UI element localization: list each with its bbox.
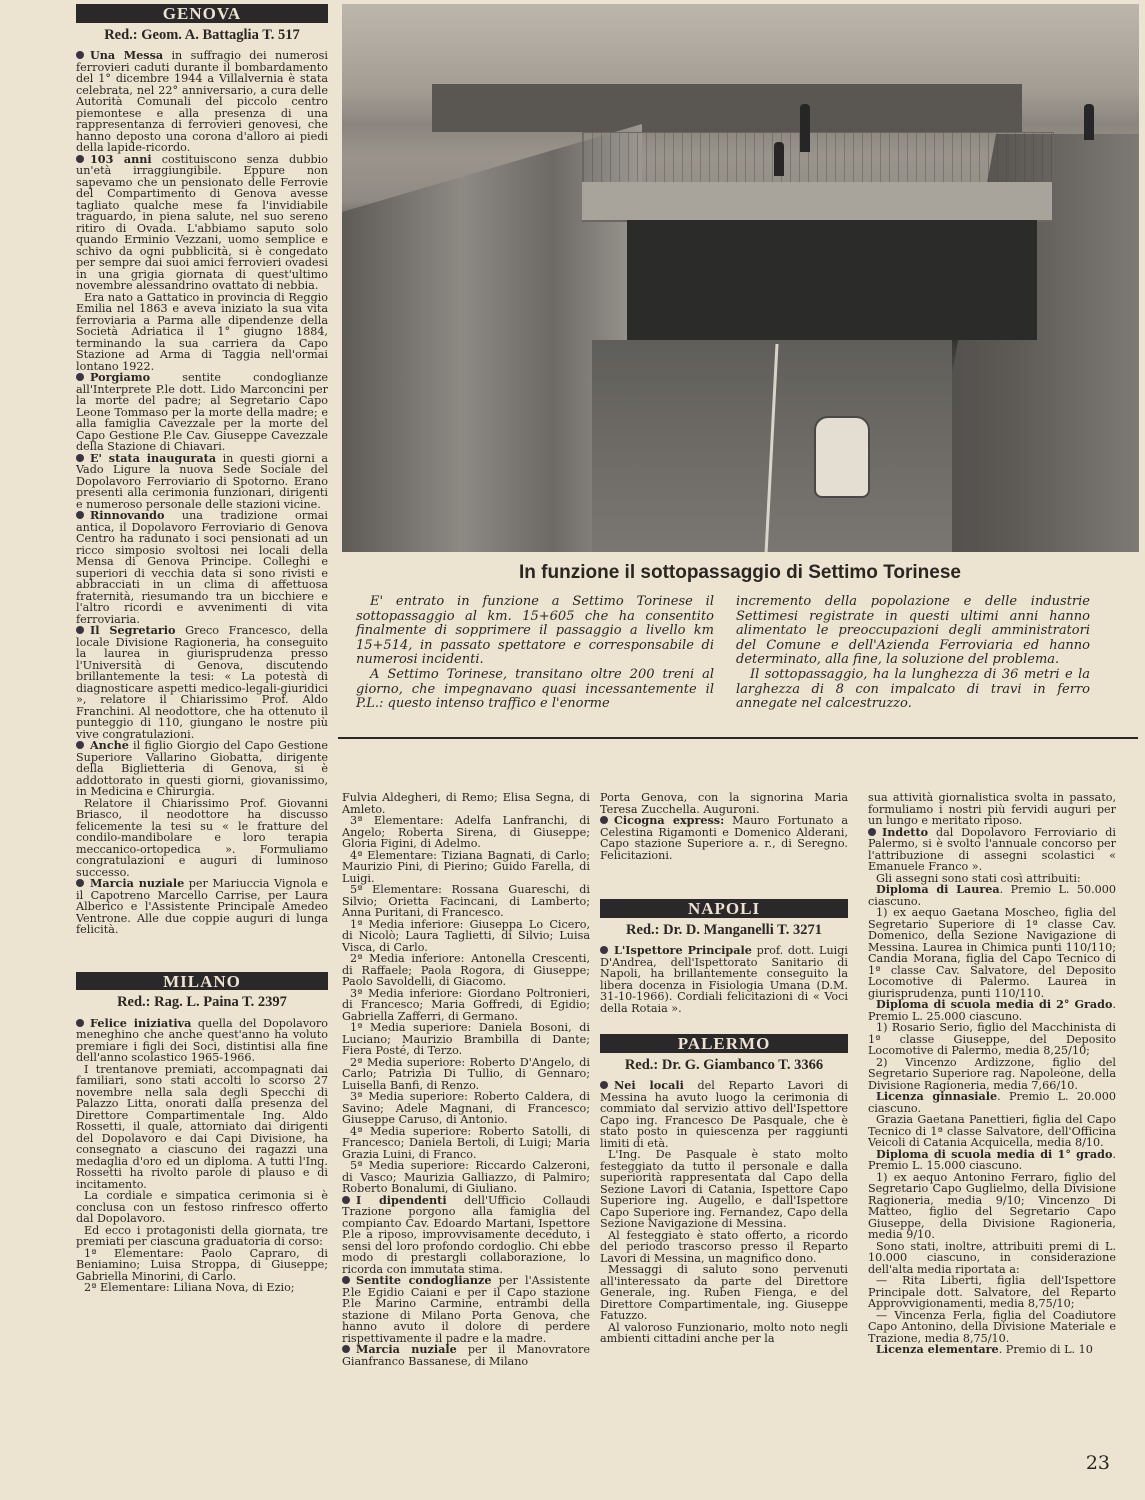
person — [1084, 104, 1094, 140]
news-item: Rinnovando una tradizione ormai antica, … — [76, 510, 328, 625]
news-item: 4ª Media superiore: Roberto Satolli, di … — [342, 1126, 590, 1161]
news-item: 3ª Media superiore: Roberto Caldera, di … — [342, 1091, 590, 1126]
news-item: Fulvia Aldegheri, di Remo; Elisa Segna, … — [342, 792, 590, 815]
bullet-icon — [76, 155, 84, 163]
news-item: I trentanove premiati, accompagnati dai … — [76, 1064, 328, 1191]
genova-section-header: GENOVA — [76, 4, 328, 23]
freight-wagons — [432, 84, 1022, 132]
news-item: 1ª Media inferiore: Giuseppa Lo Cicero, … — [342, 919, 590, 954]
palermo-editor-line: Red.: Dr. G. Giambanco T. 3366 — [600, 1060, 848, 1072]
item-text: per l'Assistente P.le Egidio Caiani e pe… — [342, 1274, 590, 1345]
news-item: Marcia nuziale per il Manovratore Gianfr… — [342, 1344, 590, 1367]
page-number: 23 — [1086, 1452, 1110, 1474]
news-item: 2ª Elementare: Liliana Nova, di Ezio; — [76, 1282, 328, 1294]
bullet-icon — [600, 816, 608, 824]
item-text: Relatore il Chiarissimo Prof. Giovanni B… — [76, 797, 328, 879]
genova-editor-line: Red.: Geom. A. Battaglia T. 517 — [76, 30, 328, 42]
bullet-icon — [76, 1019, 84, 1027]
genova-items: Una Messa in suffragio dei numerosi ferr… — [76, 50, 328, 936]
item-text: sentite condoglianze all'Interprete P.le… — [76, 371, 328, 453]
palermo-items-col4: sua attività giornalistica svolta in pas… — [868, 792, 1116, 1356]
news-item: I dipendenti dell'Ufficio Collaudi Trazi… — [342, 1195, 590, 1276]
news-item: 5ª Elementare: Rossana Guareschi, di Sil… — [342, 884, 590, 919]
item-text: 4ª Media superiore: Roberto Satolli, di … — [342, 1125, 590, 1161]
milano-items-col1: Felice iniziativa quella del Dopolavoro … — [76, 1018, 328, 1294]
news-item: 3ª Media inferiore: Giordano Poltronieri… — [342, 988, 590, 1023]
news-item: 103 anni costituiscono senza dubbio un'e… — [76, 154, 328, 292]
news-item: Porgiamo sentite condoglianze all'Interp… — [76, 372, 328, 453]
item-text: in suffragio dei numerosi ferrovieri cad… — [76, 49, 328, 154]
news-item: Diploma di scuola media di 1° grado. Pre… — [868, 1149, 1116, 1172]
news-item: Felice iniziativa quella del Dopolavoro … — [76, 1018, 328, 1064]
section-divider — [338, 737, 1138, 739]
item-text: 1) ex aequo Antonino Ferraro, figlio del… — [868, 1171, 1116, 1242]
news-item: Diploma di Laurea. Premio L. 50.000 cias… — [868, 884, 1116, 907]
feature-paragraph: A Settimo Torinese, transitano oltre 200… — [356, 668, 714, 712]
item-text: una tradizione ormai antica, il Dopolavo… — [76, 509, 328, 626]
milano-editor-line: Red.: Rag. L. Paina T. 2397 — [76, 997, 328, 1009]
news-item: 3ª Elementare: Adelfa Lanfranchi, di Ang… — [342, 815, 590, 850]
person — [800, 104, 810, 152]
item-text: Fulvia Aldegheri, di Remo; Elisa Segna, … — [342, 791, 590, 816]
news-item: Messaggi di saluto sono pervenuti all'in… — [600, 1264, 848, 1322]
bullet-icon — [76, 741, 84, 749]
news-item: 1) ex aequo Antonino Ferraro, figlio del… — [868, 1172, 1116, 1241]
item-heading: Licenza elementare — [876, 1342, 999, 1356]
item-text: 2) Vincenzo Ardizzone, figlio del Segret… — [868, 1056, 1116, 1092]
bullet-icon — [76, 626, 84, 634]
item-text: Al festeggiato è stato offerto, a ricord… — [600, 1229, 848, 1265]
child — [774, 142, 784, 176]
item-text: dell'Ufficio Collaudi Trazione porgono a… — [342, 1194, 590, 1276]
news-item: L'Ispettore Principale prof. dott. Luigi… — [600, 945, 848, 1014]
item-text: 1ª Media superiore: Daniela Bosoni, di L… — [342, 1021, 590, 1057]
news-item: 2) Vincenzo Ardizzone, figlio del Segret… — [868, 1057, 1116, 1092]
news-item: Era nato a Gattatico in provincia di Reg… — [76, 292, 328, 373]
news-item: sua attività giornalistica svolta in pas… — [868, 792, 1116, 827]
item-text: prof. dott. Luigi D'Andrea, dell'Ispetto… — [600, 944, 848, 1015]
item-text: Grazia Gaetana Panettieri, figlia del Ca… — [868, 1113, 1116, 1149]
news-item: Sentite condoglianze per l'Assistente P.… — [342, 1275, 590, 1344]
item-text: 3ª Media superiore: Roberto Caldera, di … — [342, 1090, 590, 1126]
item-text: 3ª Elementare: Adelfa Lanfranchi, di Ang… — [342, 814, 590, 850]
news-item: Ed ecco i protagonisti della giornata, t… — [76, 1225, 328, 1248]
news-item: 1) Rosario Serio, figlio del Macchinista… — [868, 1022, 1116, 1057]
news-item: — Rita Liberti, figlia dell'Ispettore Pr… — [868, 1275, 1116, 1310]
news-item: Porta Genova, con la signorina Maria Ter… — [600, 792, 848, 815]
car — [814, 416, 870, 498]
item-text: 4ª Elementare: Tiziana Bagnati, di Carlo… — [342, 849, 590, 885]
item-text: Sono stati, inoltre, attribuiti premi di… — [868, 1240, 1116, 1276]
news-item: Una Messa in suffragio dei numerosi ferr… — [76, 50, 328, 154]
item-text: I trentanove premiati, accompagnati dai … — [76, 1063, 328, 1191]
item-text: 2ª Elementare: Liliana Nova, di Ezio; — [84, 1281, 295, 1294]
underpass-photo — [342, 4, 1139, 552]
column-4: sua attività giornalistica svolta in pas… — [868, 792, 1116, 1356]
news-item: Il Segretario Greco Francesco, della loc… — [76, 625, 328, 740]
news-item: 2ª Media superiore: Roberto D'Angelo, di… — [342, 1057, 590, 1092]
column-2: Fulvia Aldegheri, di Remo; Elisa Segna, … — [342, 792, 590, 1367]
bullet-icon — [600, 946, 608, 954]
news-item: Relatore il Chiarissimo Prof. Giovanni B… — [76, 798, 328, 879]
bullet-icon — [342, 1196, 350, 1204]
feature-paragraph: E' entrato in funzione a Settimo Torines… — [356, 595, 714, 668]
item-text: Ed ecco i protagonisti della giornata, t… — [76, 1224, 328, 1249]
feature-text-right: incremento della popolazione e delle ind… — [736, 595, 1090, 712]
item-text: L'Ing. De Pasquale è stato molto festegg… — [600, 1148, 848, 1230]
feature-paragraph: Il sottopassaggio, ha la lunghezza di 36… — [736, 668, 1090, 712]
item-text: . Premio di L. 10 — [999, 1343, 1093, 1356]
item-text: 2ª Media inferiore: Antonella Crescenti,… — [342, 952, 590, 988]
item-text: 1ª Elementare: Paolo Capraro, di Beniami… — [76, 1247, 328, 1283]
news-item: Diploma di scuola media di 2° Grado. Pre… — [868, 999, 1116, 1022]
news-item: Nei locali del Reparto Lavori di Messina… — [600, 1080, 848, 1149]
news-item: L'Ing. De Pasquale è stato molto festegg… — [600, 1149, 848, 1230]
item-text: 3ª Media inferiore: Giordano Poltronieri… — [342, 987, 590, 1023]
item-text: 1) Rosario Serio, figlio del Macchinista… — [868, 1021, 1116, 1057]
item-text: Greco Francesco, della locale Divisione … — [76, 624, 328, 741]
news-item: 5ª Media superiore: Riccardo Calzeroni, … — [342, 1160, 590, 1195]
news-item: 4ª Elementare: Tiziana Bagnati, di Carlo… — [342, 850, 590, 885]
bullet-icon — [600, 1081, 608, 1089]
news-item: Al valoroso Funzionario, molto noto negl… — [600, 1322, 848, 1345]
item-text: 1) ex aequo Gaetana Moscheo, figlia del … — [868, 906, 1116, 1000]
palermo-items-col3: Nei locali del Reparto Lavori di Messina… — [600, 1080, 848, 1345]
bullet-icon — [76, 511, 84, 519]
feature-text-left: E' entrato in funzione a Settimo Torines… — [356, 595, 714, 712]
bullet-icon — [76, 879, 84, 887]
news-item: 2ª Media inferiore: Antonella Crescenti,… — [342, 953, 590, 988]
news-item: 1) ex aequo Gaetana Moscheo, figlia del … — [868, 907, 1116, 999]
railway-bridge — [582, 182, 1052, 222]
bridge-railing — [582, 132, 1054, 183]
bullet-icon — [76, 373, 84, 381]
news-item: Grazia Gaetana Panettieri, figlia del Ca… — [868, 1114, 1116, 1149]
palermo-section-header: PALERMO — [600, 1034, 848, 1053]
napoli-items: L'Ispettore Principale prof. dott. Luigi… — [600, 945, 848, 1014]
milano-items-col3: Porta Genova, con la signorina Maria Ter… — [600, 792, 848, 861]
napoli-editor-line: Red.: Dr. D. Manganelli T. 3271 — [600, 925, 848, 937]
item-text: 2ª Media superiore: Roberto D'Angelo, di… — [342, 1056, 590, 1092]
item-text: 5ª Media superiore: Riccardo Calzeroni, … — [342, 1159, 590, 1195]
item-text: del Reparto Lavori di Messina ha avuto l… — [600, 1079, 848, 1150]
item-text: Al valoroso Funzionario, molto noto negl… — [600, 1321, 848, 1346]
news-item: La cordiale e simpatica cerimonia si è c… — [76, 1190, 328, 1225]
news-item: Licenza elementare. Premio di L. 10 — [868, 1344, 1116, 1356]
bullet-icon — [342, 1276, 350, 1284]
item-text: 5ª Elementare: Rossana Guareschi, di Sil… — [342, 883, 590, 919]
news-item: Al festeggiato è stato offerto, a ricord… — [600, 1230, 848, 1265]
item-text: — Vincenza Ferla, figlia del Coadiutore … — [868, 1309, 1116, 1345]
news-item: — Vincenza Ferla, figlia del Coadiutore … — [868, 1310, 1116, 1345]
napoli-section-header: NAPOLI — [600, 899, 848, 918]
feature-paragraph: incremento della popolazione e delle ind… — [736, 595, 1090, 668]
feature-title: In funzione il sottopassaggio di Settimo… — [340, 562, 1140, 584]
item-text: sua attività giornalistica svolta in pas… — [868, 791, 1116, 827]
item-text: Era nato a Gattatico in provincia di Reg… — [76, 291, 328, 373]
news-item: 1ª Elementare: Paolo Capraro, di Beniami… — [76, 1248, 328, 1283]
item-text: — Rita Liberti, figlia dell'Ispettore Pr… — [868, 1274, 1116, 1310]
news-item: Sono stati, inoltre, attribuiti premi di… — [868, 1241, 1116, 1276]
item-text: 1ª Media inferiore: Giuseppa Lo Cicero, … — [342, 918, 590, 954]
underpass-tunnel — [627, 220, 1037, 340]
item-text: La cordiale e simpatica cerimonia si è c… — [76, 1189, 328, 1225]
news-item: Indetto dal Dopolavoro Ferroviario di Pa… — [868, 827, 1116, 873]
column-1: GENOVA Red.: Geom. A. Battaglia T. 517 U… — [76, 4, 328, 1294]
news-item: Marcia nuziale per Mariuccia Vignola e i… — [76, 878, 328, 936]
news-item: Anche il figlio Giorgio del Capo Gestion… — [76, 740, 328, 798]
news-item: 1ª Media superiore: Daniela Bosoni, di L… — [342, 1022, 590, 1057]
bullet-icon — [868, 828, 876, 836]
news-item: Licenza ginnasiale. Premio L. 20.000 cia… — [868, 1091, 1116, 1114]
item-text: costituiscono senza dubbio un'età irragg… — [76, 153, 328, 293]
item-text: Porta Genova, con la signorina Maria Ter… — [600, 791, 848, 816]
milano-section-header: MILANO — [76, 972, 328, 991]
news-item: E' stata inaugurata in questi giorni a V… — [76, 453, 328, 511]
bullet-icon — [342, 1345, 350, 1353]
bullet-icon — [76, 454, 84, 462]
column-3: Porta Genova, con la signorina Maria Ter… — [600, 792, 848, 1345]
milano-items-col2: Fulvia Aldegheri, di Remo; Elisa Segna, … — [342, 792, 590, 1367]
news-item: Cicogna express: Mauro Fortunato a Celes… — [600, 815, 848, 861]
bullet-icon — [76, 51, 84, 59]
item-text: Messaggi di saluto sono pervenuti all'in… — [600, 1263, 848, 1322]
